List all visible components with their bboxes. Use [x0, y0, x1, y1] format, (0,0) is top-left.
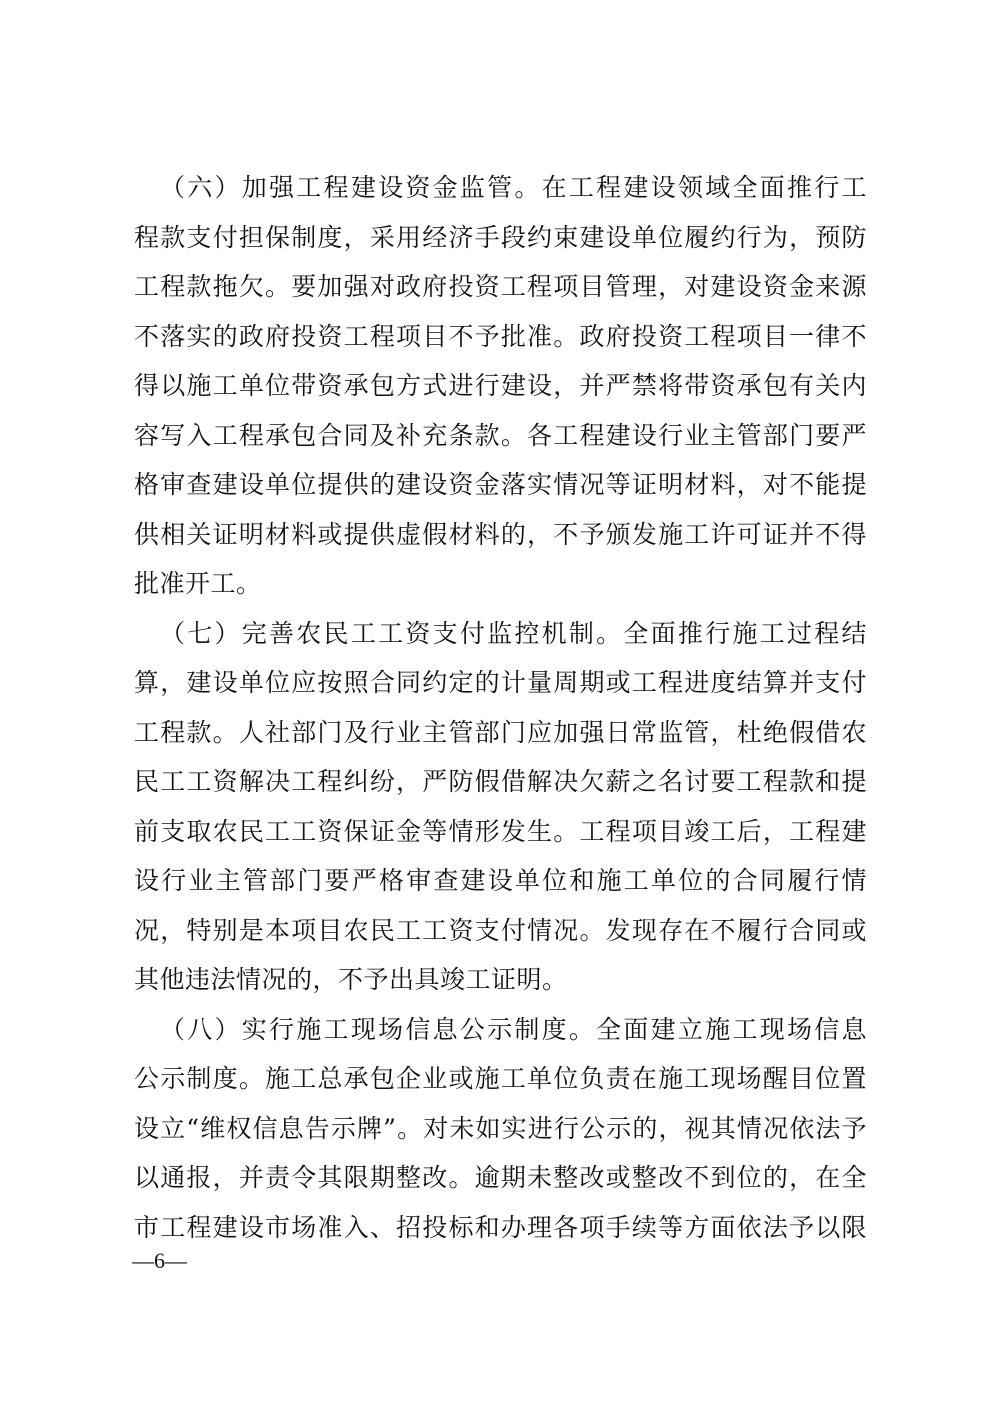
document-body: （六）加强工程建设资金监管。在工程建设领域全面推行工 程款支付担保制度，采用经济… — [134, 163, 867, 1252]
text-line: 算，建设单位应按照合同约定的计量周期或工程进度结算并支付 — [134, 658, 867, 708]
text-line: 工程款。人社部门及行业主管部门应加强日常监管，杜绝假借农 — [134, 708, 867, 758]
text-line: 供相关证明材料或提供虚假材料的，不予颁发施工许可证并不得 — [134, 510, 867, 560]
text-line: 不落实的政府投资工程项目不予批准。政府投资工程项目一律不 — [134, 312, 867, 362]
page-number: —6— — [132, 1248, 187, 1274]
paragraph-section-8: （八）实行施工现场信息公示制度。全面建立施工现场信息 公示制度。施工总承包企业或… — [134, 1005, 867, 1253]
text-line: （八）实行施工现场信息公示制度。全面建立施工现场信息 — [134, 1005, 867, 1055]
text-line: 程款支付担保制度，采用经济手段约束建设单位履约行为，预防 — [134, 213, 867, 263]
text-line: 批准开工。 — [134, 559, 867, 609]
text-line: 前支取农民工工资保证金等情形发生。工程项目竣工后，工程建 — [134, 807, 867, 857]
text-line: 市工程建设市场准入、招投标和办理各项手续等方面依法予以限 — [134, 1203, 867, 1253]
text-line: 设行业主管部门要严格审查建设单位和施工单位的合同履行情 — [134, 856, 867, 906]
text-line: 容写入工程承包合同及补充条款。各工程建设行业主管部门要严 — [134, 411, 867, 461]
text-line: 设立“维权信息告示牌”。对未如实进行公示的，视其情况依法予 — [134, 1104, 867, 1154]
text-line: 格审查建设单位提供的建设资金落实情况等证明材料，对不能提 — [134, 460, 867, 510]
document-page: （六）加强工程建设资金监管。在工程建设领域全面推行工 程款支付担保制度，采用经济… — [0, 0, 992, 1403]
text-line: （七）完善农民工工资支付监控机制。全面推行施工过程结 — [134, 609, 867, 659]
text-line: （六）加强工程建设资金监管。在工程建设领域全面推行工 — [134, 163, 867, 213]
text-line: 得以施工单位带资承包方式进行建设，并严禁将带资承包有关内 — [134, 361, 867, 411]
text-line: 以通报，并责令其限期整改。逾期未整改或整改不到位的，在全 — [134, 1153, 867, 1203]
text-line: 民工工资解决工程纠纷，严防假借解决欠薪之名讨要工程款和提 — [134, 757, 867, 807]
text-line: 其他违法情况的，不予出具竣工证明。 — [134, 955, 867, 1005]
text-line: 况，特别是本项目农民工工资支付情况。发现存在不履行合同或 — [134, 906, 867, 956]
text-line: 公示制度。施工总承包企业或施工单位负责在施工现场醒目位置 — [134, 1054, 867, 1104]
paragraph-section-7: （七）完善农民工工资支付监控机制。全面推行施工过程结 算，建设单位应按照合同约定… — [134, 609, 867, 1005]
paragraph-section-6: （六）加强工程建设资金监管。在工程建设领域全面推行工 程款支付担保制度，采用经济… — [134, 163, 867, 609]
text-line: 工程款拖欠。要加强对政府投资工程项目管理，对建设资金来源 — [134, 262, 867, 312]
